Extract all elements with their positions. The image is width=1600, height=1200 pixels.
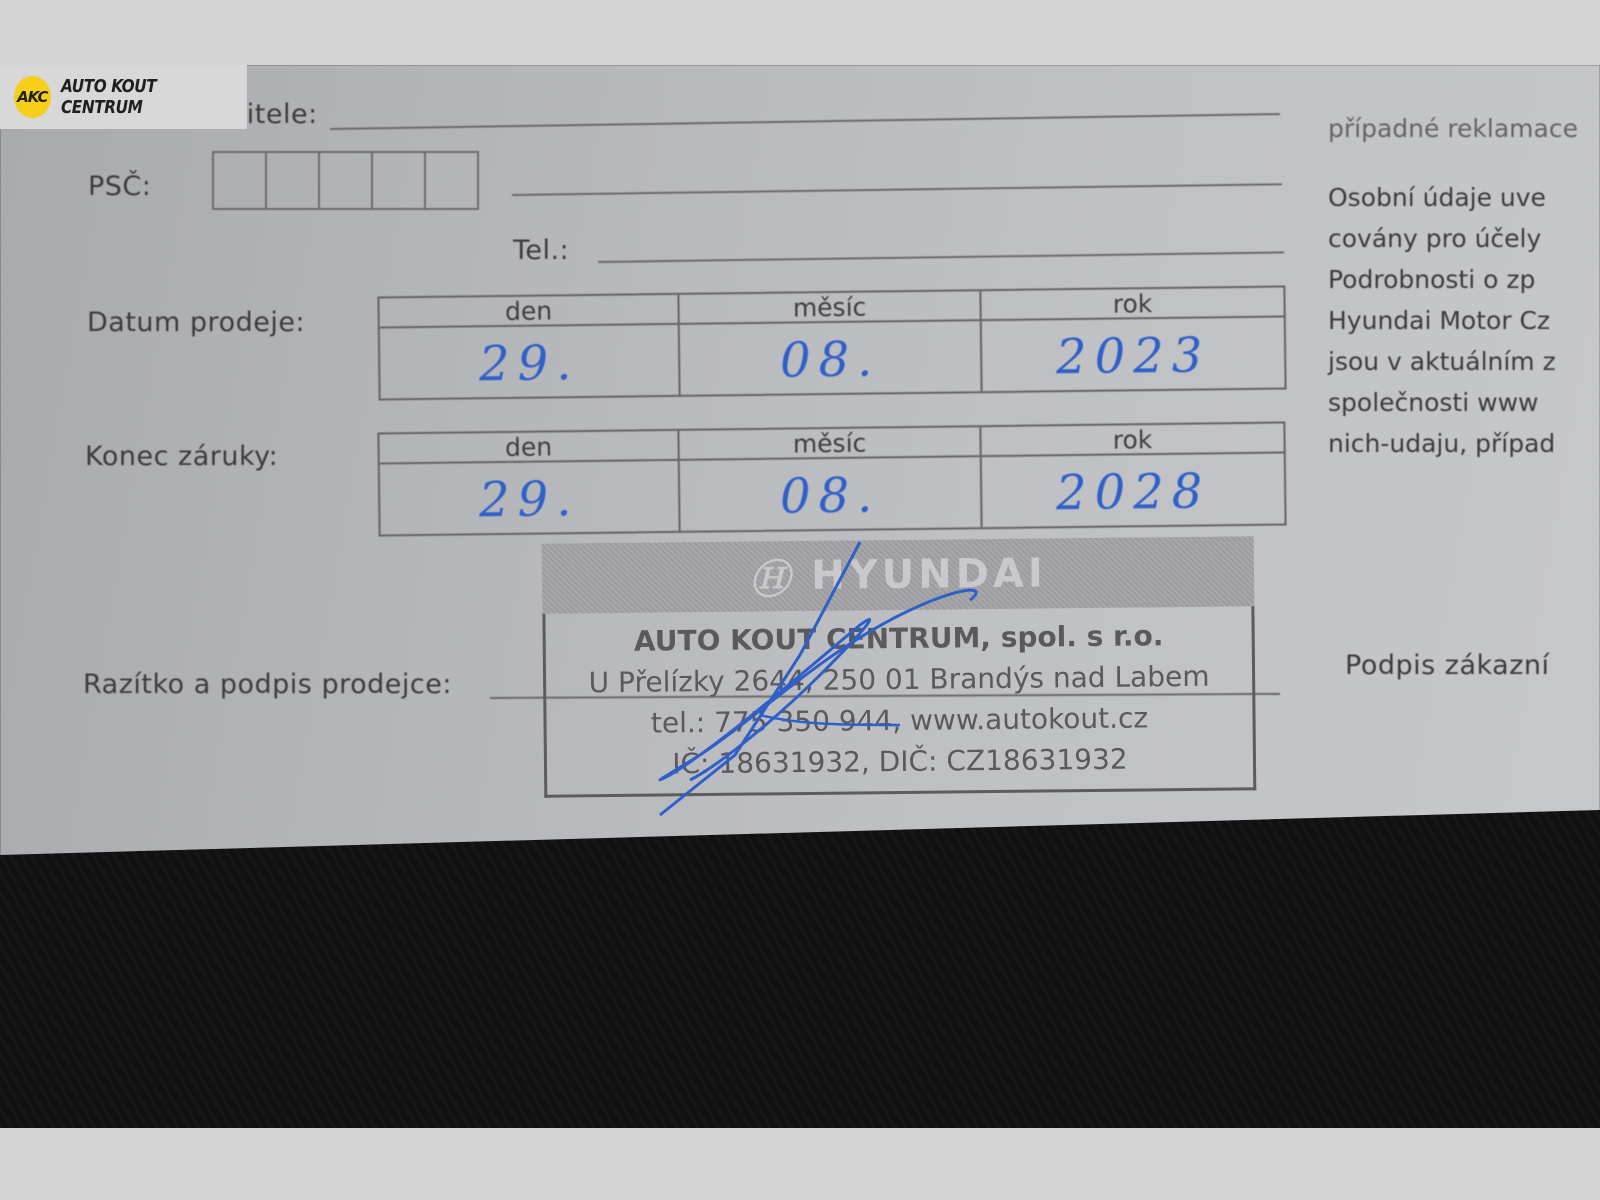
day-header: den bbox=[379, 295, 679, 329]
address-line-2 bbox=[512, 183, 1282, 196]
postal-code-cell bbox=[267, 153, 320, 208]
month-header: měsíc bbox=[679, 291, 981, 325]
spacer bbox=[1328, 149, 1578, 177]
stamp-contact: tel.: 775 350 944, www.autokout.cz bbox=[546, 696, 1252, 744]
sale-date-label: Datum prodeje: bbox=[87, 307, 305, 338]
dealer-watermark: AKC AUTO KOUT CENTRUM bbox=[0, 65, 247, 129]
hyundai-logo-band: Ⓗ HYUNDAI bbox=[542, 536, 1255, 613]
postal-code-boxes bbox=[212, 151, 479, 210]
hyundai-logo-icon: Ⓗ bbox=[749, 548, 794, 605]
stamp-ids: IČ: 18631932, DIČ: CZ18631932 bbox=[547, 737, 1253, 785]
phone-label: Tel.: bbox=[513, 235, 569, 266]
postal-code-cell bbox=[214, 153, 267, 208]
privacy-line: jsou v aktuálním z bbox=[1328, 341, 1578, 382]
year-header: rok bbox=[981, 287, 1283, 321]
sale-date-table: den měsíc rok 29. 08. 2023 bbox=[377, 285, 1286, 400]
bottom-bar bbox=[0, 1128, 1600, 1200]
privacy-line: Osobní údaje uve bbox=[1328, 177, 1578, 218]
document-photo: Adresa majitele: PSČ: Tel.: Datum prodej… bbox=[0, 65, 1600, 1128]
seller-signature-label: Razítko a podpis prodejce: bbox=[83, 669, 452, 700]
privacy-line: nich-udaju, případ bbox=[1328, 423, 1578, 464]
postal-code-cell bbox=[373, 153, 426, 208]
postal-code-cell bbox=[426, 153, 477, 208]
privacy-line: covány pro účely bbox=[1328, 218, 1578, 259]
stamp-text: AUTO KOUT CENTRUM, spol. s r.o. U Přelíz… bbox=[542, 606, 1256, 797]
postal-code-cell bbox=[320, 153, 373, 208]
privacy-line: Podrobnosti o zp bbox=[1328, 259, 1578, 300]
dealer-stamp: Ⓗ HYUNDAI AUTO KOUT CENTRUM, spol. s r.o… bbox=[542, 536, 1257, 801]
sale-year-value: 2023 bbox=[982, 317, 1285, 391]
privacy-line: společnosti www bbox=[1328, 382, 1578, 423]
privacy-line: Hyundai Motor Cz bbox=[1328, 300, 1578, 341]
phone-line bbox=[598, 251, 1284, 263]
year-header: rok bbox=[981, 423, 1283, 457]
day-header: den bbox=[379, 431, 679, 465]
sale-day-value: 29. bbox=[380, 325, 681, 399]
hyundai-wordmark: HYUNDAI bbox=[811, 550, 1047, 598]
owner-address-line bbox=[330, 113, 1280, 130]
warranty-day-value: 29. bbox=[380, 461, 681, 535]
privacy-notice: případné reklamace Osobní údaje uve cová… bbox=[1328, 130, 1578, 464]
dealer-name: AUTO KOUT CENTRUM bbox=[61, 76, 219, 118]
warranty-year-value: 2028 bbox=[982, 453, 1285, 527]
warranty-month-value: 08. bbox=[680, 457, 983, 531]
warranty-end-label: Konec záruky: bbox=[85, 441, 278, 472]
sale-month-value: 08. bbox=[680, 321, 983, 395]
customer-signature-label: Podpis zákazní bbox=[1345, 650, 1549, 681]
postal-code-label: PSČ: bbox=[88, 171, 151, 202]
month-header: měsíc bbox=[679, 427, 981, 461]
privacy-line: případné reklamace bbox=[1328, 108, 1578, 149]
warranty-end-table: den měsíc rok 29. 08. 2028 bbox=[377, 421, 1286, 536]
akc-badge-icon: AKC bbox=[14, 76, 51, 118]
